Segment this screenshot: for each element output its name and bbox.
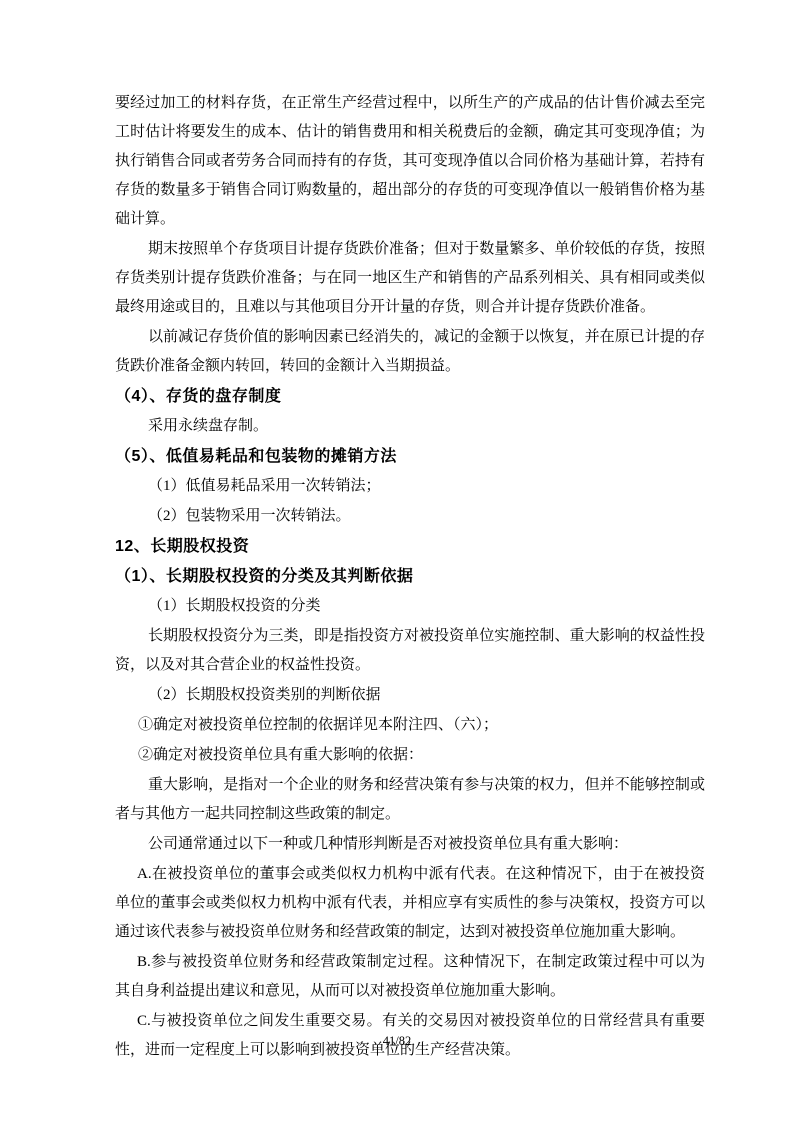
page-number: 41/82 [383, 1034, 411, 1048]
paragraph: 采用永续盘存制。 [115, 412, 705, 441]
paragraph: 期末按照单个存货项目计提存货跌价准备；但对于数量繁多、单价较低的存货，按照存货类… [115, 235, 705, 322]
paragraph: （1）长期股权投资的分类 [115, 592, 705, 621]
paragraph: A.在被投资单位的董事会或类似权力机构中派有代表。在这种情况下，由于在被投资单位… [115, 860, 705, 947]
document-body: 要经过加工的材料存货，在正常生产经营过程中，以所生产的产成品的估计售价减去至完工… [115, 89, 705, 1065]
document-page: 要经过加工的材料存货，在正常生产经营过程中，以所生产的产成品的估计售价减去至完工… [0, 0, 794, 1123]
paragraph: 以前减记存货价值的影响因素已经消失的，减记的金额于以恢复，并在原已计提的存货跌价… [115, 323, 705, 381]
paragraph: 长期股权投资分为三类，即是指投资方对被投资单位实施控制、重大影响的权益性投资，以… [115, 622, 705, 680]
paragraph: 要经过加工的材料存货，在正常生产经营过程中，以所生产的产成品的估计售价减去至完工… [115, 89, 705, 234]
section-heading: （5）、低值易耗品和包装物的摊销方法 [115, 442, 705, 471]
section-heading: 12、长期股权投资 [115, 532, 705, 561]
paragraph: ②确定对被投资单位具有重大影响的依据： [115, 741, 705, 770]
section-heading: （4）、存货的盘存制度 [115, 382, 705, 411]
paragraph: ①确定对被投资单位控制的依据详见本附注四、（六）； [115, 711, 705, 740]
paragraph: （2）包装物采用一次转销法。 [115, 502, 705, 531]
paragraph: 公司通常通过以下一种或几种情形判断是否对被投资单位具有重大影响： [115, 830, 705, 859]
paragraph: （1）低值易耗品采用一次转销法； [115, 472, 705, 501]
paragraph: B.参与被投资单位财务和经营政策制定过程。这种情况下，在制定政策过程中可以为其自… [115, 948, 705, 1006]
section-heading: （1）、长期股权投资的分类及其判断依据 [115, 562, 705, 591]
paragraph: （2）长期股权投资类别的判断依据 [115, 681, 705, 710]
page-footer: 41/82 [0, 1033, 794, 1049]
paragraph: 重大影响，是指对一个企业的财务和经营决策有参与决策的权力，但并不能够控制或者与其… [115, 771, 705, 829]
